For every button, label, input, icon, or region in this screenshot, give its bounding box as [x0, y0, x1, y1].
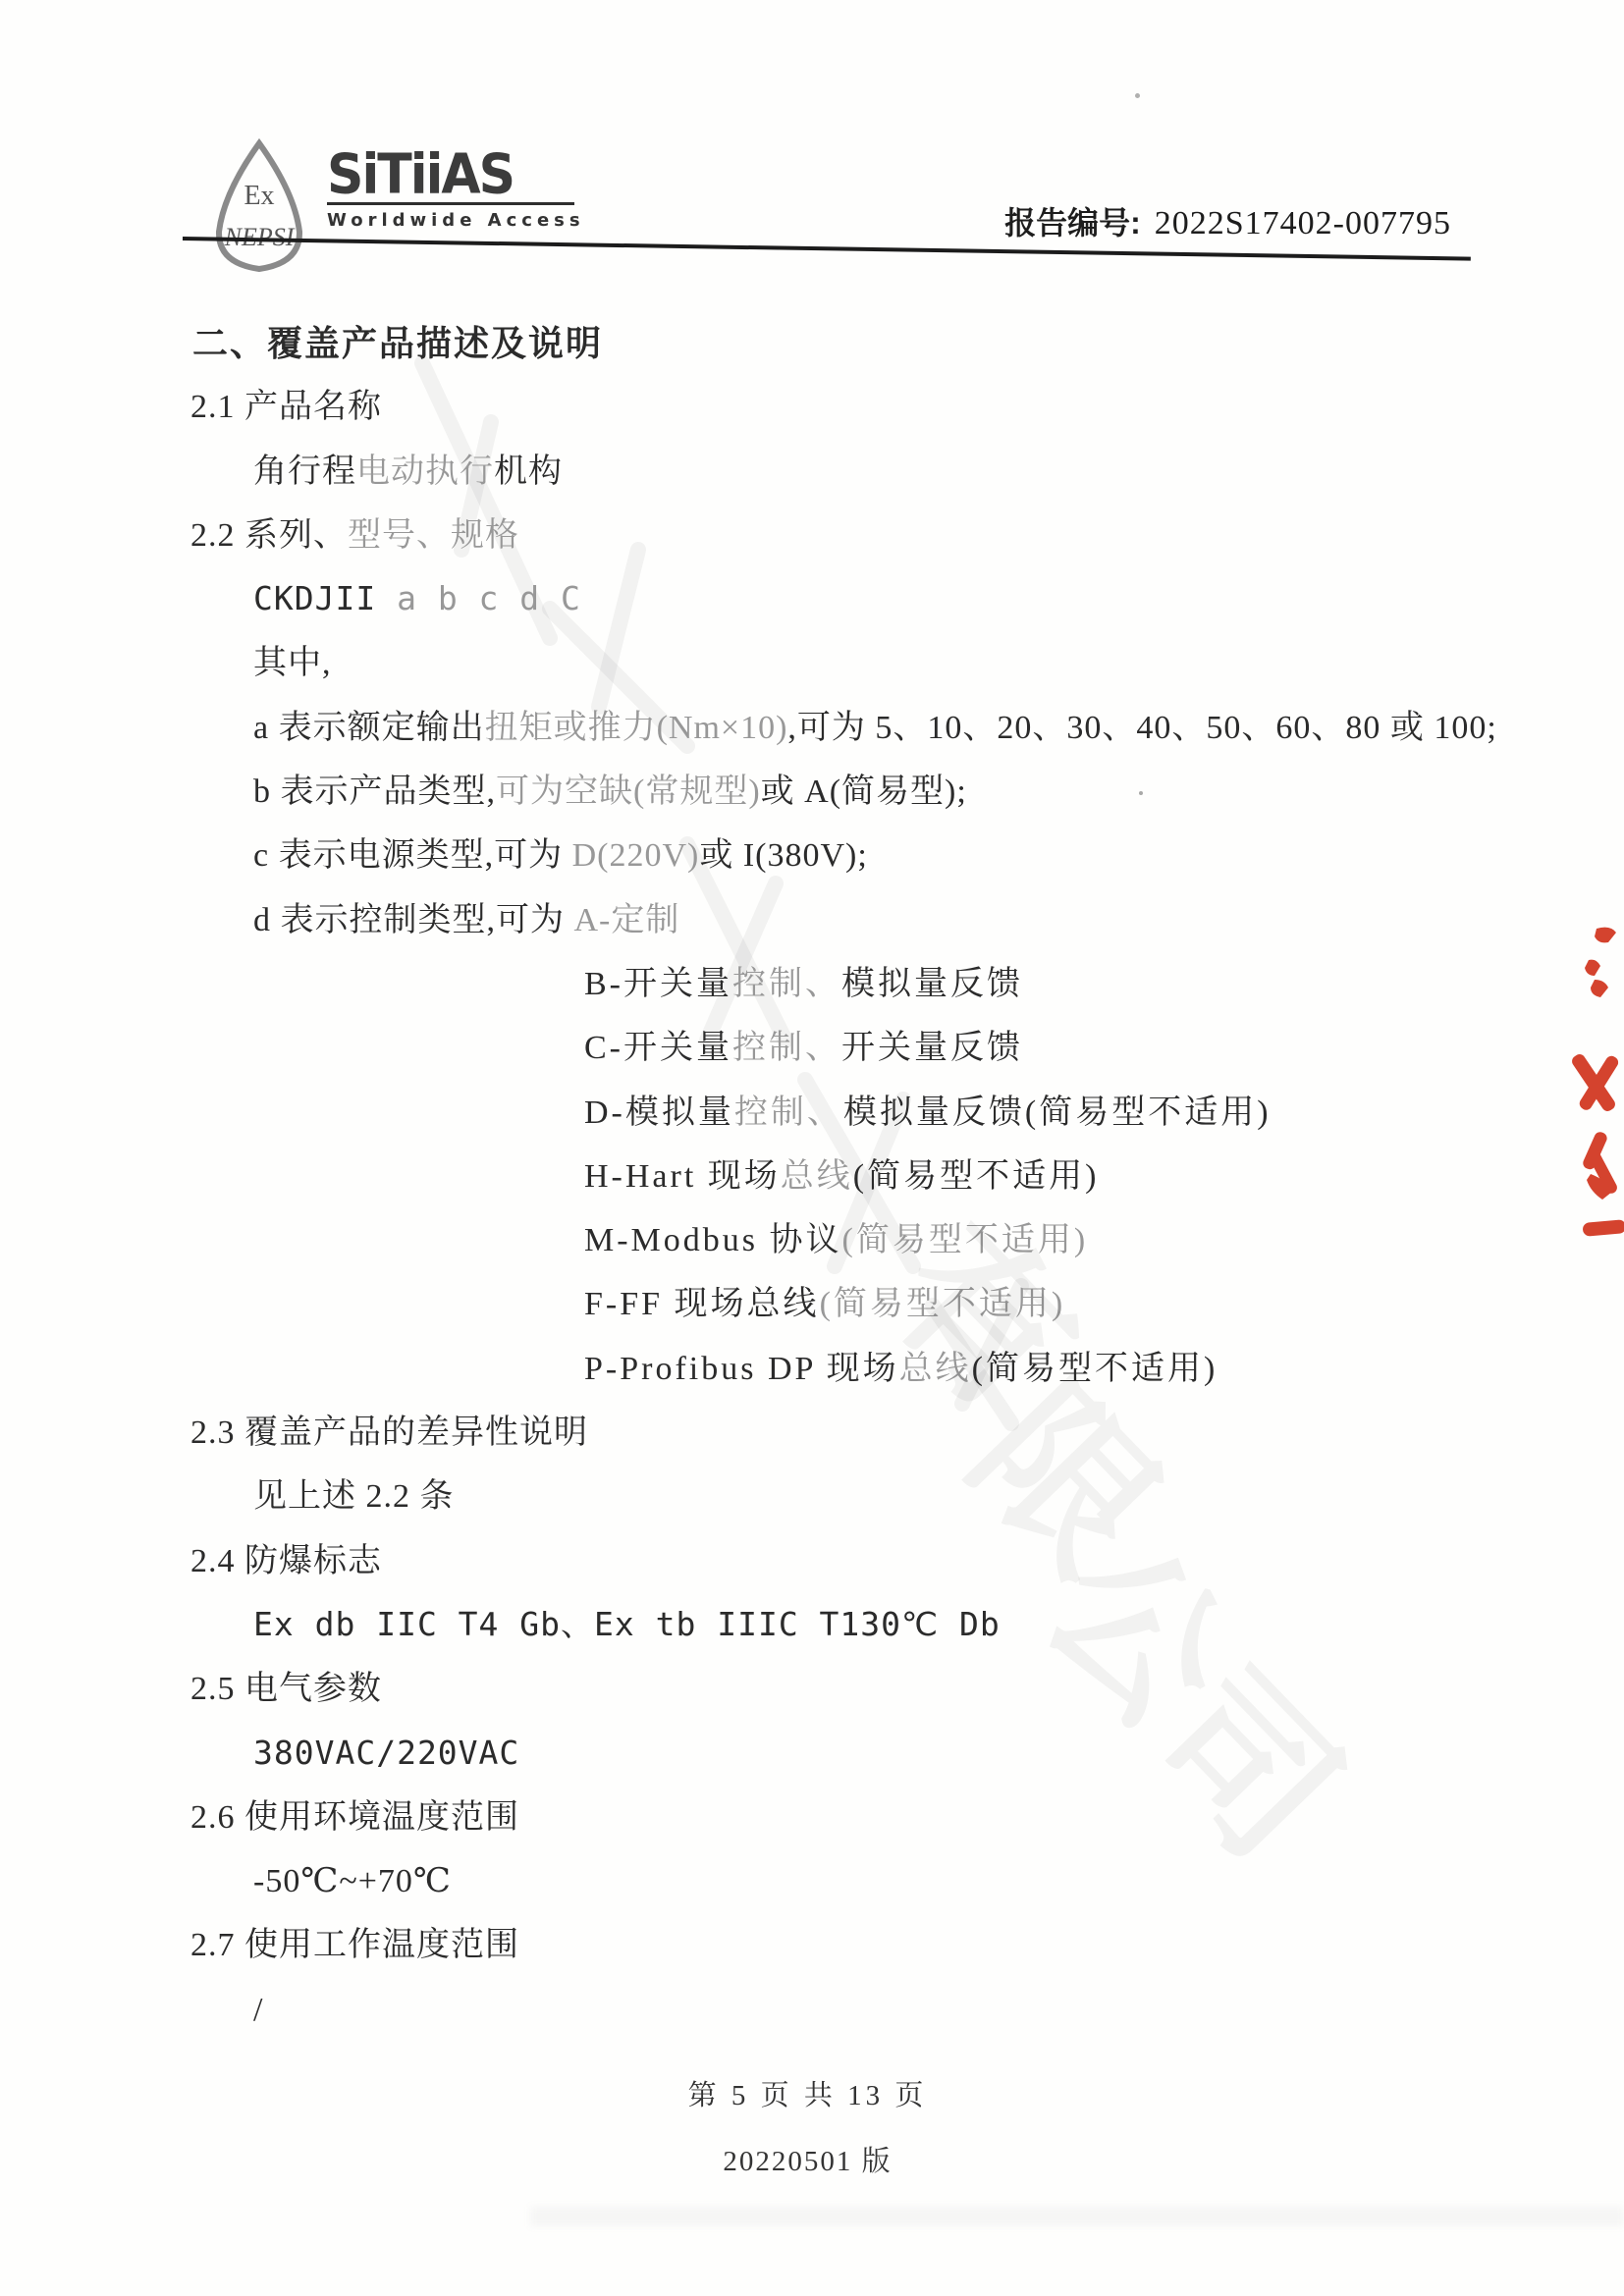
text-line: /: [0, 1991, 1624, 2055]
text-segment: 可为空缺(常规型): [496, 774, 761, 810]
text-segment: F-FF 现场总线: [584, 1286, 820, 1322]
scan-speck: [1139, 791, 1143, 795]
scan-shade: [530, 2207, 1624, 2226]
text-line: H-Hart 现场总线(简易型不适用): [0, 1157, 1624, 1221]
text-segment: 2.3 覆盖产品的差异性说明: [190, 1415, 588, 1451]
text-line: F-FF 现场总线(简易型不适用): [0, 1285, 1624, 1349]
text-segment: 2.5 电气参数: [190, 1671, 382, 1707]
text-segment: (简易型不适用): [820, 1286, 1066, 1322]
text-line: c 表示电源类型,可为 D(220V)或 I(380V);: [0, 836, 1624, 900]
text-line: 2.3 覆盖产品的差异性说明: [0, 1414, 1624, 1477]
text-segment: A-定制: [574, 902, 680, 938]
nepsi-ex-text: Ex: [244, 181, 274, 211]
text-line: C-开关量控制、开关量反馈: [0, 1029, 1624, 1093]
text-line: 见上述 2.2 条: [0, 1477, 1624, 1541]
text-line: 二、覆盖产品描述及说明: [0, 324, 1624, 388]
text-line: 2.4 防爆标志: [0, 1542, 1624, 1606]
text-segment: a 表示额定输出: [253, 710, 485, 746]
text-line: CKDJII a b c d C: [0, 580, 1624, 644]
text-line: D-模拟量控制、模拟量反馈(简易型不适用): [0, 1094, 1624, 1157]
text-segment: C-开关量: [584, 1030, 732, 1066]
text-segment: 开关量反馈: [841, 1030, 1023, 1066]
text-line: B-开关量控制、模拟量反馈: [0, 965, 1624, 1029]
brand-logotype: SiTiiAS: [327, 147, 582, 202]
text-line: 其中,: [0, 644, 1624, 708]
text-segment: D(220V): [572, 837, 700, 874]
text-segment: M-Modbus 协议: [584, 1222, 842, 1258]
text-segment: 其中,: [253, 645, 332, 681]
text-segment: 总线: [899, 1351, 972, 1387]
text-line: Ex db IIC T4 Gb、Ex tb IIIC T130℃ Db: [0, 1606, 1624, 1670]
text-segment: 2.2 系列、: [190, 517, 348, 554]
text-segment: 380VAC/220VAC: [253, 1734, 519, 1772]
text-segment: P-Profibus DP 现场: [584, 1351, 899, 1387]
text-segment: H-Hart 现场: [584, 1158, 781, 1195]
text-segment: -50℃~+70℃: [253, 1863, 452, 1899]
text-segment: 见上述 2.2 条: [253, 1478, 455, 1515]
text-segment: a b c d C: [397, 579, 581, 617]
text-segment: 模拟量反馈: [841, 966, 1023, 1002]
body-text: 二、覆盖产品描述及说明2.1 产品名称角行程电动执行机构2.2 系列、型号、规格…: [0, 324, 1624, 2055]
report-number-value: 2022S17402-007795: [1155, 205, 1451, 241]
text-line: P-Profibus DP 现场总线(简易型不适用): [0, 1350, 1624, 1414]
text-segment: ,可为 5、10、20、30、40、50、60、80 或 100;: [787, 710, 1496, 746]
text-segment: 电动执行: [356, 454, 494, 490]
text-line: a 表示额定输出扭矩或推力(Nm×10),可为 5、10、20、30、40、50…: [0, 709, 1624, 773]
report-number-line: 报告编号:2022S17402-007795: [1004, 198, 1451, 243]
nepsi-logo: Ex NEPSI: [199, 135, 319, 285]
scan-speck: [1135, 93, 1140, 98]
text-segment: 控制、: [732, 1030, 841, 1066]
text-segment: b 表示产品类型,: [253, 774, 496, 810]
text-segment: Ex db IIC T4 Gb、Ex tb IIIC T130℃ Db: [253, 1605, 1001, 1643]
brand-block: SiTiiAS Worldwide Access: [327, 147, 582, 231]
text-segment: 或 I(380V);: [699, 837, 867, 874]
text-segment: 总线: [781, 1158, 853, 1195]
text-segment: d 表示控制类型,可为: [253, 902, 574, 938]
text-segment: D-模拟量: [584, 1095, 734, 1131]
footer-version: 20220501 版: [0, 2139, 1615, 2179]
text-segment: 2.4 防爆标志: [190, 1543, 382, 1579]
text-line: 2.5 电气参数: [0, 1670, 1624, 1734]
text-segment: 控制、: [734, 1095, 843, 1131]
report-number-label: 报告编号:: [1004, 205, 1141, 240]
text-segment: 2.1 产品名称: [190, 389, 382, 425]
text-segment: 或 A(简易型);: [761, 774, 967, 810]
text-line: 2.2 系列、型号、规格: [0, 516, 1624, 580]
text-segment: 模拟量反馈: [843, 1095, 1025, 1131]
text-line: 2.7 使用工作温度范围: [0, 1926, 1624, 1990]
text-segment: 机构: [494, 454, 563, 490]
text-line: 380VAC/220VAC: [0, 1735, 1624, 1798]
text-segment: 控制、: [732, 966, 841, 1002]
text-line: 2.1 产品名称: [0, 388, 1624, 452]
text-line: b 表示产品类型,可为空缺(常规型)或 A(简易型);: [0, 773, 1624, 836]
text-segment: 二、覆盖产品描述及说明: [192, 324, 603, 363]
text-segment: /: [253, 1992, 263, 2028]
text-line: M-Modbus 协议(简易型不适用): [0, 1221, 1624, 1285]
text-line: d 表示控制类型,可为 A-定制: [0, 901, 1624, 965]
footer-page-info: 第 5 页 共 13 页: [0, 2073, 1615, 2113]
text-segment: 角行程: [253, 454, 356, 490]
text-segment: 型号、规格: [348, 517, 519, 554]
text-segment: CKDJII: [253, 579, 397, 617]
text-line: 角行程电动执行机构: [0, 453, 1624, 516]
text-line: 2.6 使用环境温度范围: [0, 1798, 1624, 1862]
text-segment: B-开关量: [584, 966, 732, 1002]
text-segment: 扭矩或推力(Nm×10): [485, 710, 788, 746]
text-segment: 2.6 使用环境温度范围: [190, 1799, 519, 1836]
report-page: Ex NEPSI SiTiiAS Worldwide Access 报告编号:2…: [0, 0, 1624, 2296]
text-segment: (简易型不适用): [972, 1351, 1218, 1387]
text-segment: 2.7 使用工作温度范围: [190, 1927, 519, 1963]
text-segment: (简易型不适用): [842, 1222, 1089, 1258]
text-segment: (简易型不适用): [1025, 1095, 1272, 1131]
text-segment: c 表示电源类型,可为: [253, 837, 572, 874]
text-segment: (简易型不适用): [853, 1158, 1100, 1195]
text-line: -50℃~+70℃: [0, 1862, 1624, 1926]
brand-tagline: Worldwide Access: [327, 210, 582, 231]
